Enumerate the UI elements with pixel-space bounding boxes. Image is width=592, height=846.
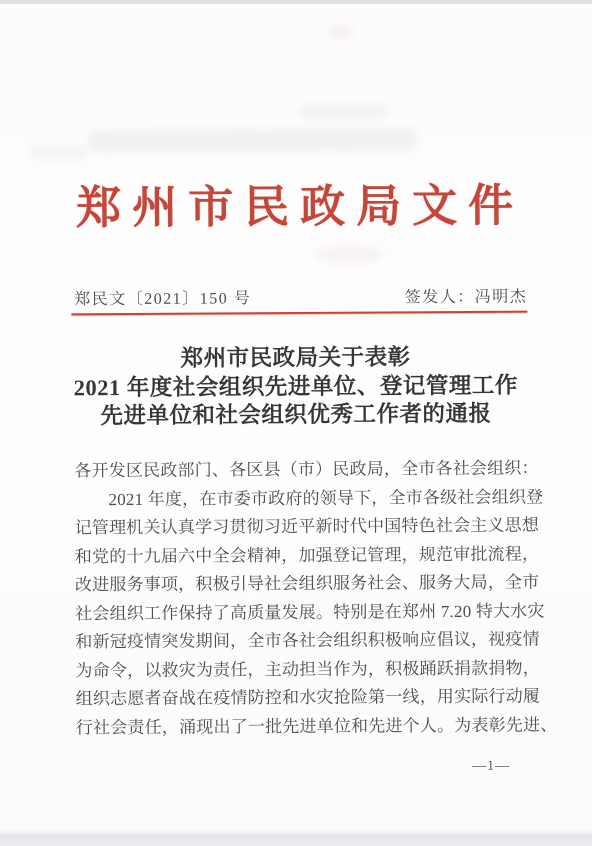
page-content: 郑州市民政局文件 郑民文〔2021〕150 号 签发人：冯明杰 郑州市民政局关于…	[0, 2, 592, 838]
body-line: 和党的十九届六中全会精神，加强登记管理，规范审批流程，	[75, 540, 529, 571]
body-line: 和新冠疫情突发期间，全市各社会组织积极响应倡议，视疫情	[75, 626, 529, 657]
scanner-edge-top	[0, 0, 592, 4]
scan-artifact	[298, 103, 388, 120]
scan-artifact	[328, 26, 354, 38]
title-line-3: 先进单位和社会组织优秀工作者的通报	[40, 399, 552, 431]
scan-artifact	[28, 145, 88, 159]
body-line: 社会组织工作保持了高质量发展。特别是在郑州 7.20 特大水灾	[75, 597, 529, 628]
doc-number: 郑民文〔2021〕150 号	[74, 285, 251, 309]
scanner-edge-bottom	[0, 835, 592, 846]
scanned-document-view: 郑州市民政局文件 郑民文〔2021〕150 号 签发人：冯明杰 郑州市民政局关于…	[0, 0, 592, 846]
body-line: 改进服务事项，积极引导社会组织服务社会、服务大局，全市	[75, 569, 529, 600]
red-separator-line	[71, 311, 527, 316]
scan-artifact	[314, 245, 384, 263]
scan-artifact	[88, 128, 418, 152]
body-line: 记管理机关认真学习贯彻习近平新时代中国特色社会主义思想	[75, 512, 529, 543]
document-title: 郑州市民政局关于表彰 2021 年度社会组织先进单位、登记管理工作 先进单位和社…	[40, 342, 553, 431]
agency-masthead-title: 郑州市民政局文件	[0, 168, 591, 237]
body-line: 2021 年度，在市委市政府的领导下，全市各级社会组织登	[74, 483, 528, 514]
page-number: —1—	[2, 759, 510, 778]
body-line: 行社会责任，涌现出了一批先进单位和先进个人。为表彰先进、	[76, 711, 530, 742]
title-line-2: 2021 年度社会组织先进单位、登记管理工作	[40, 371, 552, 403]
body-line: 组织志愿者奋战在疫情防控和水灾抢险第一线，用实际行动履	[76, 683, 530, 714]
body-paragraph: 各开发区民政部门、各区县（市）民政局，全市各社会组织： 2021 年度，在市委市…	[74, 455, 530, 743]
document-page: 郑州市民政局文件 郑民文〔2021〕150 号 签发人：冯明杰 郑州市民政局关于…	[0, 4, 592, 836]
title-line-1: 郑州市民政局关于表彰	[40, 342, 552, 374]
salutation-line: 各开发区民政部门、各区县（市）民政局，全市各社会组织：	[74, 455, 528, 486]
body-line: 为命令，以救灾为责任，主动担当作为，积极踊跃捐款捐物，	[75, 654, 529, 685]
doc-info-row: 郑民文〔2021〕150 号 签发人：冯明杰	[74, 284, 527, 310]
issuer-name: 签发人：冯明杰	[405, 284, 528, 308]
